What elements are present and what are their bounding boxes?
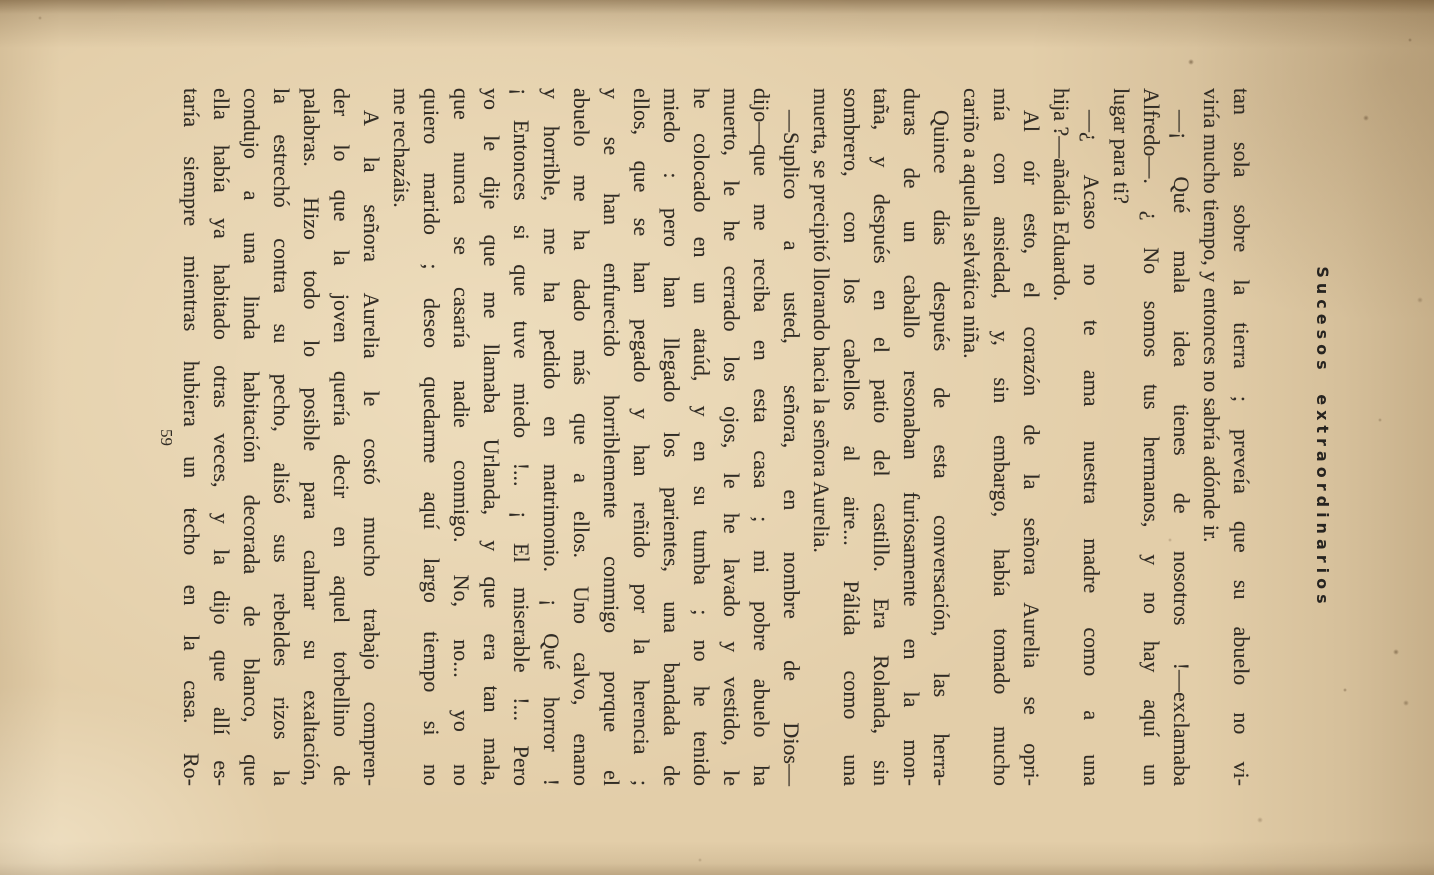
text-line: miedo : pero han llegado los parientes, … (656, 88, 686, 786)
text-line: A la señora Aurelia le costó mucho traba… (356, 88, 386, 786)
text-line: y horrible, me ha pedido en matrimonio. … (536, 88, 566, 786)
text-line: Quince días después de esta conversación… (926, 88, 956, 786)
text-line: he colocado en un ataúd, y en su tumba ;… (686, 88, 716, 786)
page-number: 59 (156, 0, 176, 875)
text-line: muerta, se precipitó llorando hacia la s… (806, 88, 836, 786)
text-line: que nunca se casaría nadie conmigo. No, … (446, 88, 476, 786)
text-line: —Suplico a usted, señora, en nombre de D… (776, 88, 806, 786)
running-head: Sucesos extraordinarios (1313, 0, 1332, 875)
text-line: viría mucho tiempo, y entonces no sabría… (1196, 88, 1226, 786)
book-page-scan: Sucesos extraordinarios tan sola sobre l… (0, 0, 1434, 875)
text-line: me rechazáis. (386, 88, 416, 786)
text-line: ella había ya habitado otras veces, y la… (206, 88, 236, 786)
text-line: condujo a una linda habitación decorada … (236, 88, 266, 786)
text-line: ellos, que se han pegado y han reñido po… (626, 88, 656, 786)
text-line: duras de un caballo resonaban furiosamen… (896, 88, 926, 786)
text-line: der lo que la joven quería decir en aque… (326, 88, 356, 786)
text-line: y se han enfurecido horriblemente conmig… (596, 88, 626, 786)
text-line: taña, y después en el patio del castillo… (866, 88, 896, 786)
text-line: cariño a aquella selvática niña. (956, 88, 986, 786)
text-line: —¡ Qué mala idea tienes de nosotros !—ex… (1166, 88, 1196, 786)
text-line: Alfredo—. ¿ No somos tus hermanos, y no … (1136, 88, 1166, 786)
text-line: ¡ Entonces si que tuve miedo !... ¡ El m… (506, 88, 536, 786)
page-text: tan sola sobre la tierra ; preveía que s… (176, 88, 1256, 786)
text-line: la estrechó contra su pecho, alisó sus r… (266, 88, 296, 786)
text-line: abuelo me ha dado más que a ellos. Uno c… (566, 88, 596, 786)
text-line: yo le dije que me llamaba Urlanda, y que… (476, 88, 506, 786)
text-line: quiero marido ; deseo quedarme aquí larg… (416, 88, 446, 786)
rotated-page: Sucesos extraordinarios tan sola sobre l… (0, 0, 1434, 875)
text-line: dijo—que me reciba en esta casa ; mi pob… (746, 88, 776, 786)
text-line: hija ?—añadía Eduardo. (1046, 88, 1076, 786)
text-line: sombrero, con los cabellos al aire... Pá… (836, 88, 866, 786)
text-line: mía con ansiedad, y, sin embargo, había … (986, 88, 1016, 786)
text-line: taría siempre mientras hubiera un techo … (176, 88, 206, 786)
text-line: muerto, le he cerrado los ojos, le he la… (716, 88, 746, 786)
text-line: —¿ Acaso no te ama nuestra madre como a … (1076, 88, 1106, 786)
text-line: lugar para ti? (1106, 88, 1136, 786)
text-line: palabras. Hizo todo lo posible para calm… (296, 88, 326, 786)
text-line: Al oír esto, el corazón de la señora Aur… (1016, 88, 1046, 786)
text-line: tan sola sobre la tierra ; preveía que s… (1226, 88, 1256, 786)
